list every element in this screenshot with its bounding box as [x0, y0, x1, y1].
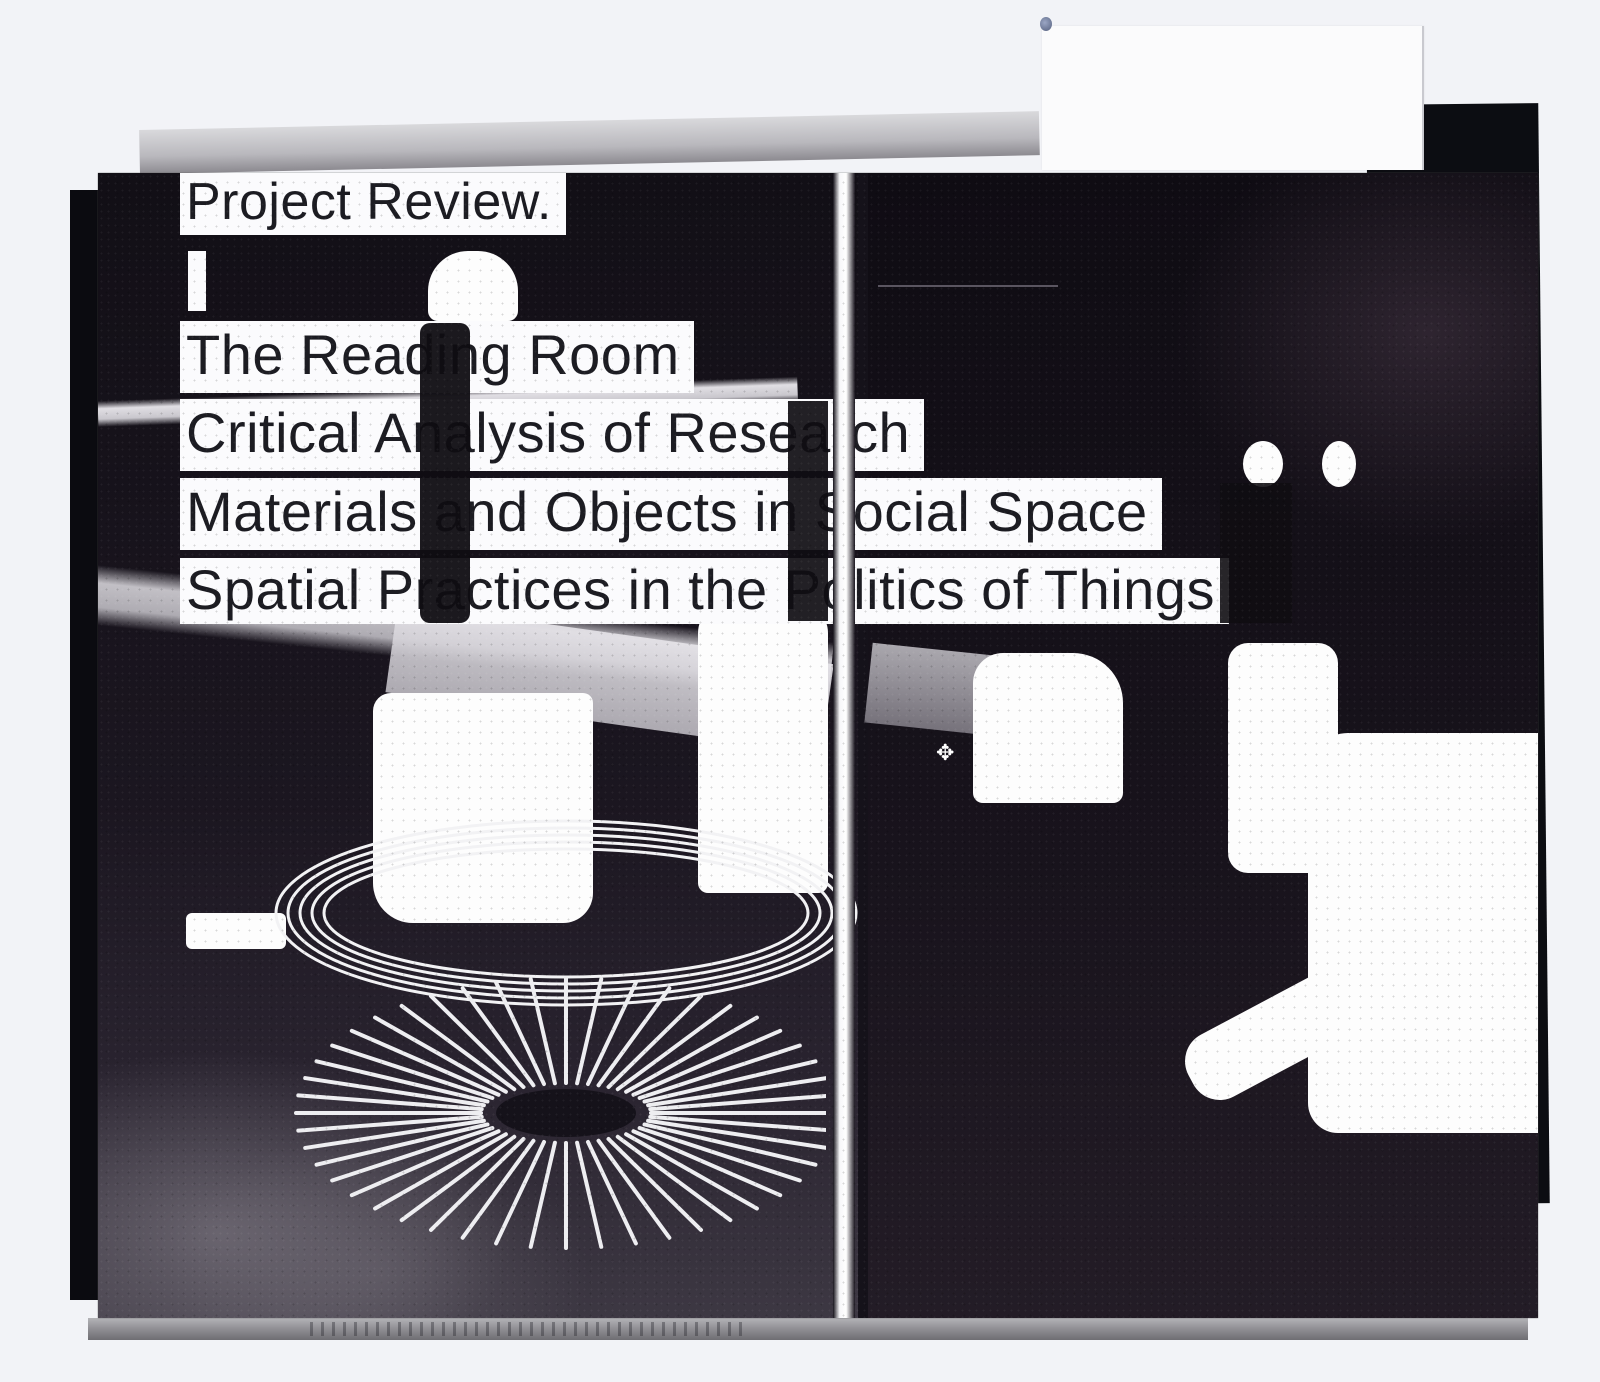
subtitle-line-3: Materials and Objects in Social Space: [180, 478, 1162, 550]
occluding-figure-2: [788, 401, 828, 621]
occluding-figure-3: [1220, 483, 1292, 623]
pin-dot: [1040, 17, 1052, 31]
photocopy-bottom-strip: [88, 1318, 1528, 1340]
poster-title-text: Project Review.: [186, 173, 552, 231]
torn-paper-scrap: [1042, 26, 1424, 170]
subtitle-line-4: Spatial Practices in the Politics of Thi…: [180, 558, 1229, 624]
move-cursor-icon: ✥: [936, 743, 954, 765]
move-cursor-glyph: ✥: [936, 741, 954, 766]
photocopy-top-strip: [139, 111, 1040, 174]
bottom-strip-marks: [310, 1322, 750, 1336]
center-divider: [833, 173, 855, 1318]
walking-figure-body: [420, 323, 470, 623]
walking-figure-head: [428, 251, 518, 321]
subtitle-line-4-text: Spatial Practices in the Politics of Thi…: [186, 558, 1215, 621]
right-ceiling-line: [878, 285, 1058, 287]
poster-title: Project Review.: [180, 173, 566, 235]
main-print: Project Review. The Reading Room Critica…: [98, 173, 1538, 1318]
subtitle-line-3-text: Materials and Objects in Social Space: [186, 480, 1148, 543]
figure-heads-2: [1322, 441, 1356, 487]
seated-figure: [973, 653, 1123, 803]
radial-sunburst: [266, 973, 826, 1253]
figure-heads: [1243, 441, 1283, 487]
text-cursor-bar: [188, 251, 206, 311]
large-walking-figure: [1308, 733, 1538, 1133]
